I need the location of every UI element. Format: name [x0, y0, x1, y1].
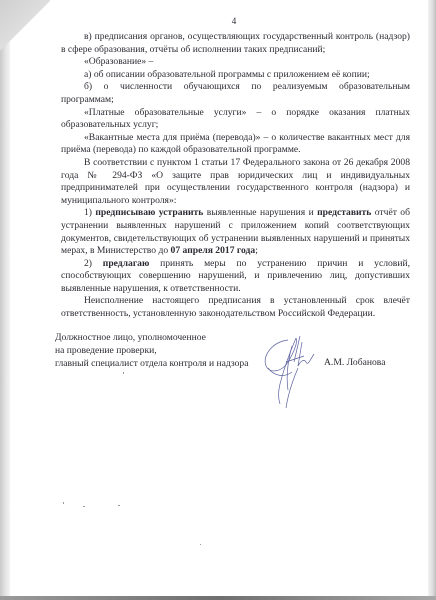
paragraph-orders: в) предписания органов, осуществляющих г… [61, 31, 410, 56]
signer-title-line: на проведение проверки, [55, 345, 425, 358]
signer-name: А.М. Лобанова [324, 357, 385, 368]
item-text: ; [255, 245, 258, 256]
paragraph-legal-basis: В соответствии с пунктом 1 статьи 17 Фед… [61, 157, 410, 207]
item-number: 2) [84, 258, 103, 269]
scan-speck [123, 372, 124, 374]
bold-directive: предписываю устранить [95, 207, 203, 218]
handwritten-signature [258, 332, 324, 410]
page-number: 4 [0, 16, 436, 26]
signer-title-line: Должностное лицо, уполномоченное [55, 332, 425, 345]
bold-directive: представить [317, 207, 371, 218]
paragraph-student-count: б) о численности обучающихся по реализуе… [61, 81, 410, 106]
scan-speck [83, 506, 85, 507]
item-text: выявленные нарушения и [203, 207, 317, 218]
scan-speck [200, 544, 201, 545]
document-page: 4 в) предписания органов, осуществляющих… [0, 0, 436, 600]
bold-directive: предлагаю [103, 258, 150, 269]
paragraph-paid-services: «Платные образовательные услуги» – о пор… [61, 107, 410, 132]
paragraph-liability: Неисполнение настоящего предписания в ус… [61, 295, 410, 320]
paragraph-vacant-places: «Вакантные места для приёма (перевода)» … [61, 132, 410, 157]
document-body: в) предписания органов, осуществляющих г… [61, 31, 410, 321]
paragraph-education-heading: «Образование» – [61, 56, 410, 69]
scan-speck [118, 505, 120, 506]
order-item-1: 1) предписываю устранить выявленные нару… [61, 207, 410, 257]
paragraph-program-description: а) об описании образовательной программы… [61, 69, 410, 82]
scan-speck [63, 502, 64, 504]
deadline-date: 07 апреля 2017 года [171, 245, 256, 256]
item-number: 1) [84, 207, 95, 218]
order-item-2: 2) предлагаю принять меры по устранению … [61, 258, 410, 296]
